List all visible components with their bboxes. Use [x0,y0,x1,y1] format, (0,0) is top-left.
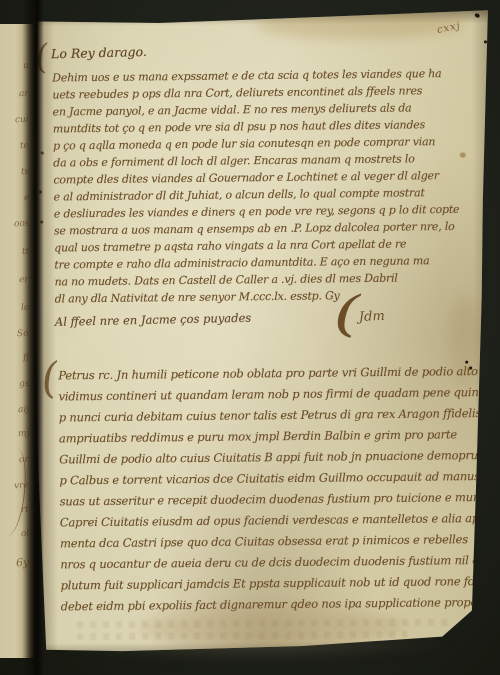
stain [256,9,466,40]
manuscript-line: dl any dla Nativitat de nre senyor M.ccc… [55,287,340,307]
ink-speck [474,13,480,19]
manuscript-line: debet eidm pbi expoliis fact dignaremur … [61,592,500,618]
letter-heading: Lo Rey darago. [51,44,147,61]
address-line: Al ffeel nre en Jacme ços puyades [55,311,252,329]
bleed-through [77,619,449,629]
manuscript-photo: u ar cui te ts e oos tt er lo So ff gs a… [0,0,500,675]
manuscript-page: cxxj ( Lo Rey darago. Dehim uos e us man… [31,6,495,657]
book-gutter-shadow [22,0,44,675]
folio-number: cxxj [436,20,462,36]
bleed-through [77,631,407,640]
signature-text: Jdm [359,309,385,325]
ink-speck [484,40,487,43]
registration-mark: ( Jdm [332,287,424,347]
signature-flourish: ( [332,286,362,343]
rust-spot [460,153,466,158]
